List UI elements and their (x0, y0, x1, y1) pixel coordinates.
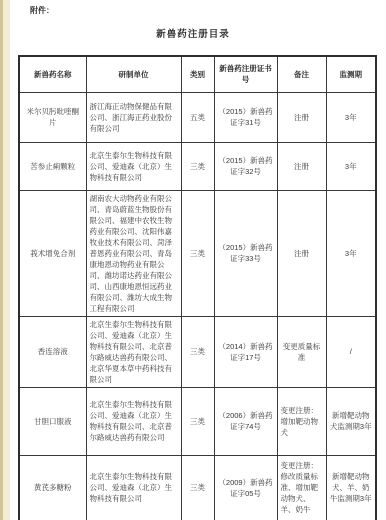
remark-cell: 变更质量标准 (277, 316, 326, 387)
col-header-developer: 研制单位 (86, 56, 181, 92)
registration-table: 新兽药名称 研制单位 类别 新兽药注册证书号 备注 监测期 米尔贝肟吡喹酮片 浙… (18, 55, 377, 520)
developer-cell: 北京生泰尔生物科技有限公司、爱迪森（北京）生物科技有限公司、北京普尔路威达兽药有… (86, 387, 181, 455)
col-header-drug-name: 新兽药名称 (19, 56, 86, 92)
monitoring-period-cell: 新增靶动物犬、羊、奶牛监测期3年 (326, 455, 376, 520)
table-row: 甘胆口服液 北京生泰尔生物科技有限公司、爱迪森（北京）生物科技有限公司、北京普尔… (19, 387, 376, 455)
remark-cell: 注册 (277, 190, 326, 316)
monitoring-period-cell: 3年 (326, 142, 376, 190)
monitoring-period-cell: / (326, 316, 376, 387)
drug-name-cell: 苦参止痢颗粒 (19, 142, 86, 190)
col-header-monitoring-period: 监测期 (326, 56, 376, 92)
developer-cell: 浙江海正动物保健品有限公司、浙江海正药业股份有限公司 (86, 92, 181, 142)
category-cell: 三类 (181, 190, 214, 316)
remark-cell: 注册 (277, 142, 326, 190)
page-title: 新兽药注册目录 (10, 26, 376, 40)
certificate-cell: （2015）新兽药证字31号 (214, 92, 277, 142)
certificate-cell: （2015）新兽药证字33号 (214, 190, 277, 316)
certificate-cell: （2015）新兽药证字32号 (214, 142, 277, 190)
remark-cell: 变更注册：修改质量标准、增加靶动物犬、羊、奶牛 (277, 455, 326, 520)
remark-cell: 注册 (277, 92, 326, 142)
table-row: 香连溶液 北京生泰尔生物科技有限公司、爱迪森（北京）生物科技有限公司、北京普尔路… (19, 316, 376, 387)
page-edge-strip (0, 0, 10, 520)
drug-name-cell: 甘胆口服液 (19, 387, 86, 455)
certificate-cell: （2014）新兽药证字17号 (214, 316, 277, 387)
category-cell: 五类 (181, 92, 214, 142)
table-row: 苦参止痢颗粒 北京生泰尔生物科技有限公司、爱迪森（北京）生物科技有限公司 三类 … (19, 142, 376, 190)
certificate-cell: （2006）新兽药证字74号 (214, 387, 277, 455)
col-header-category: 类别 (181, 56, 214, 92)
developer-cell: 湖南农大动物药业有限公司、青岛蔚蓝生物股份有限公司、福建中农牧生物药业有限公司、… (86, 190, 181, 316)
monitoring-period-cell: 3年 (326, 92, 376, 142)
col-header-certificate: 新兽药注册证书号 (214, 56, 277, 92)
drug-name-cell: 米尔贝肟吡喹酮片 (19, 92, 86, 142)
col-header-remark: 备注 (277, 56, 326, 92)
monitoring-period-cell: 3年 (326, 190, 376, 316)
attachment-label: 附件： (30, 5, 54, 16)
developer-cell: 北京生泰尔生物科技有限公司、爱迪森（北京）生物科技有限公司 (86, 455, 181, 520)
developer-cell: 北京生泰尔生物科技有限公司、爱迪森（北京）生物科技有限公司 (86, 142, 181, 190)
monitoring-period-cell: 新增靶动物犬监测期3年 (326, 387, 376, 455)
category-cell: 三类 (181, 142, 214, 190)
category-cell: 三类 (181, 387, 214, 455)
developer-cell: 北京生泰尔生物科技有限公司、爱迪森（北京）生物科技有限公司、北京普尔路威达兽药有… (86, 316, 181, 387)
drug-name-cell: 香连溶液 (19, 316, 86, 387)
category-cell: 三类 (181, 316, 214, 387)
drug-name-cell: 黄芪多糖粉 (19, 455, 86, 520)
remark-cell: 变更注册：增加靶动物犬 (277, 387, 326, 455)
certificate-cell: （2009）新兽药证字05号 (214, 455, 277, 520)
table-row: 米尔贝肟吡喹酮片 浙江海正动物保健品有限公司、浙江海正药业股份有限公司 五类 （… (19, 92, 376, 142)
drug-name-cell: 莪术增免合剂 (19, 190, 86, 316)
category-cell: 三类 (181, 455, 214, 520)
table-header-row: 新兽药名称 研制单位 类别 新兽药注册证书号 备注 监测期 (19, 56, 376, 92)
table-row: 莪术增免合剂 湖南农大动物药业有限公司、青岛蔚蓝生物股份有限公司、福建中农牧生物… (19, 190, 376, 316)
table-row: 黄芪多糖粉 北京生泰尔生物科技有限公司、爱迪森（北京）生物科技有限公司 三类 （… (19, 455, 376, 520)
document-page: 附件： 新兽药注册目录 新兽药名称 研制单位 类别 新兽药注册证书号 备注 监测… (10, 0, 386, 520)
